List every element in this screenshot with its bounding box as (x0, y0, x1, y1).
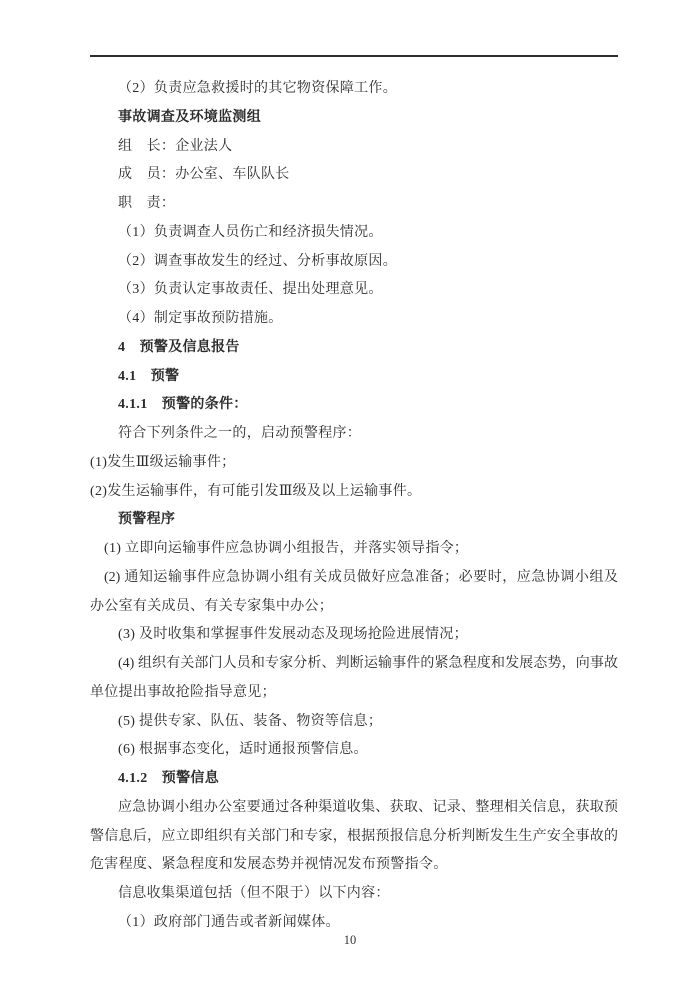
text-line: (1) 立即向运输事件应急协调小组报告，并落实领导指令； (90, 535, 618, 564)
text-line: 成 员：办公室、车队队长 (90, 161, 618, 190)
text-line: (1)发生Ⅲ级运输事件； (90, 449, 618, 478)
header-rule (90, 55, 618, 57)
text-line: 危害程度、紧急程度和发展态势并视情况发布预警指令。 (90, 851, 618, 880)
document-page: （2）负责应急救援时的其它物资保障工作。事故调查及环境监测组组 长：企业法人成 … (0, 0, 700, 990)
text-line: 4 预警及信息报告 (90, 334, 618, 363)
text-line: 4.1.2 预警信息 (90, 765, 618, 794)
text-line: （1）负责调查人员伤亡和经济损失情况。 (90, 219, 618, 248)
text-line: (6) 根据事态变化，适时通报预警信息。 (90, 736, 618, 765)
text-line: （2）负责应急救援时的其它物资保障工作。 (90, 75, 618, 104)
text-line: 符合下列条件之一的，启动预警程序： (90, 420, 618, 449)
text-line: (3) 及时收集和掌握事件发展动态及现场抢险进展情况； (90, 621, 618, 650)
text-line: (2) 通知运输事件应急协调小组有关成员做好应急准备；必要时，应急协调小组及 (90, 564, 618, 593)
text-line: 事故调查及环境监测组 (90, 104, 618, 133)
text-line: 预警程序 (90, 506, 618, 535)
text-line: 办公室有关成员、有关专家集中办公； (90, 593, 618, 622)
text-line: 组 长：企业法人 (90, 133, 618, 162)
text-line: (2)发生运输事件，有可能引发Ⅲ级及以上运输事件。 (90, 478, 618, 507)
text-line: (5) 提供专家、队伍、装备、物资等信息； (90, 708, 618, 737)
text-line: 职 责： (90, 190, 618, 219)
text-line: （2）调查事故发生的经过、分析事故原因。 (90, 248, 618, 277)
text-line: 警信息后，应立即组织有关部门和专家，根据预报信息分析判断发生生产安全事故的 (90, 823, 618, 852)
page-number: 10 (344, 933, 357, 947)
page-footer: 10 (0, 931, 700, 949)
text-line: (4) 组织有关部门人员和专家分析、判断运输事件的紧急程度和发展态势，向事故 (90, 650, 618, 679)
text-line: 4.1 预警 (90, 363, 618, 392)
text-line: （3）负责认定事故责任、提出处理意见。 (90, 276, 618, 305)
text-line: 信息收集渠道包括（但不限于）以下内容： (90, 880, 618, 909)
text-line: 应急协调小组办公室要通过各种渠道收集、获取、记录、整理相关信息，获取预 (90, 794, 618, 823)
text-block: （2）负责应急救援时的其它物资保障工作。事故调查及环境监测组组 长：企业法人成 … (90, 75, 618, 938)
text-line: 4.1.1 预警的条件： (90, 391, 618, 420)
text-line: （4）制定事故预防措施。 (90, 305, 618, 334)
text-line: 单位提出事故抢险指导意见； (90, 679, 618, 708)
